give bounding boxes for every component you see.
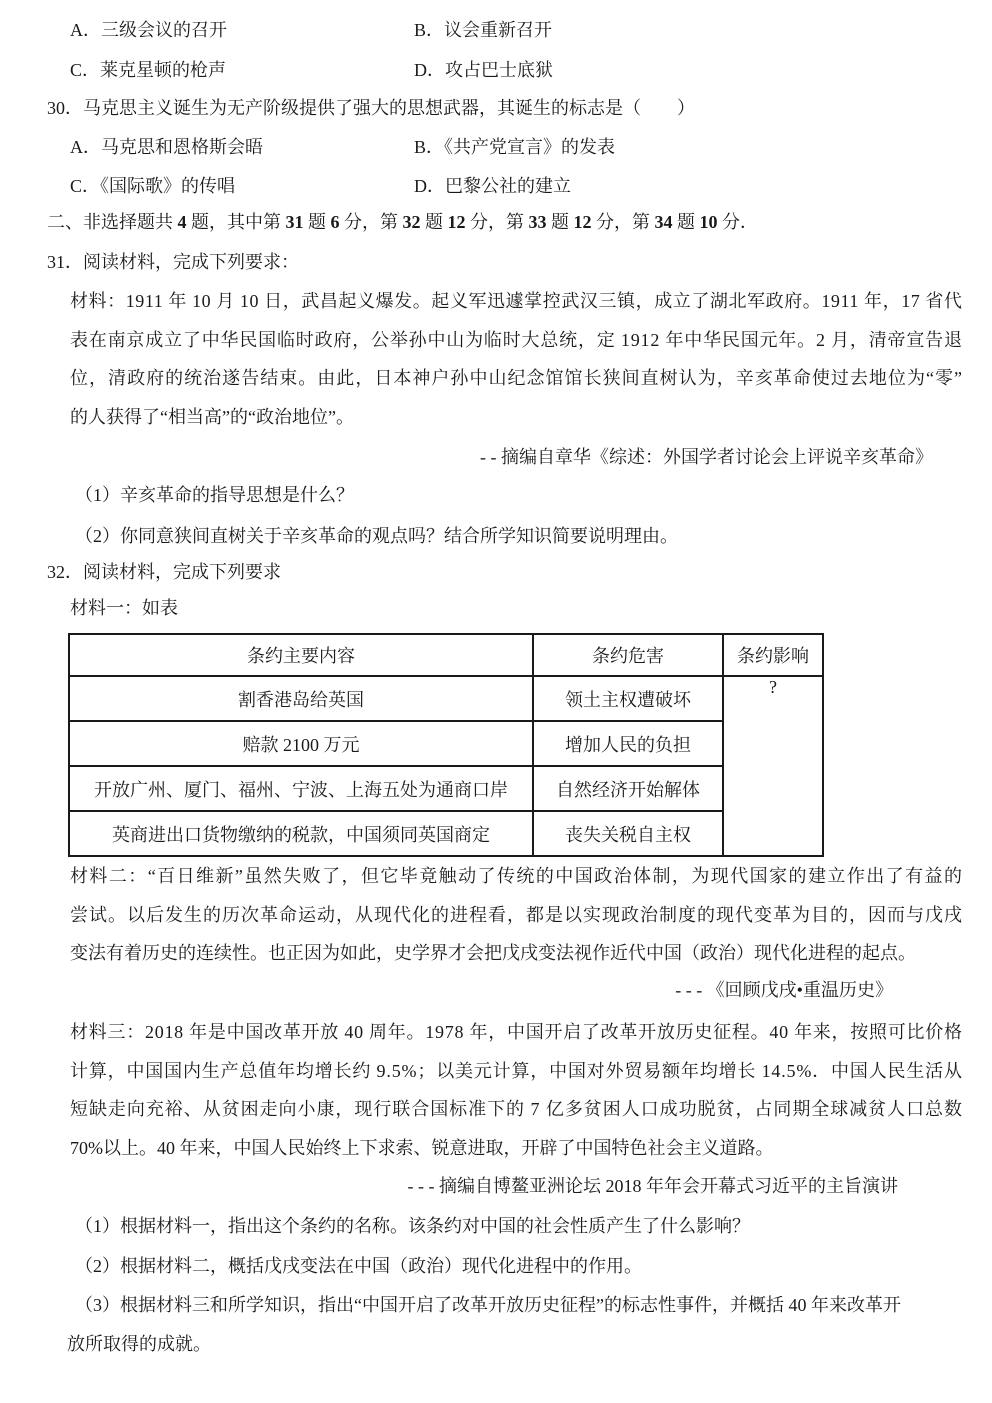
cell-harm: 自然经济开始解体 [533,766,723,811]
question-30-stem: 30．马克思主义诞生为无产阶级提供了强大的思想武器，其诞生的标志是（ ） [47,95,695,121]
header-segment: 题，其中第 [187,212,286,232]
header-segment: 12 [574,212,592,232]
option-d: D．巴黎公社的建立 [414,173,571,199]
header-segment: 33 [529,212,547,232]
table-row: 英商进出口货物缴纳的税款，中国须同英国商定 丧失关税自主权 [69,811,823,856]
header-segment: 6 [331,212,340,232]
header-segment: 分，第 [340,212,403,232]
cell-harm: 增加人民的负担 [533,721,723,766]
header-segment: 题 [304,212,331,232]
option-c: C．莱克星顿的枪声 [70,57,226,83]
cell-harm: 领土主权遭破坏 [533,676,723,721]
option-b: B．《共产党宣言》的发表 [414,134,615,160]
cell-influence-question-mark: ? [723,676,823,856]
table-row: 割香港岛给英国 领土主权遭破坏 ? [69,676,823,721]
material-text-line: 材料：1911 年 10 月 10 日，武昌起义爆发。起义军迅遽掌控武汉三镇，成… [70,282,962,321]
option-c: C．《国际歌》的传唱 [70,173,235,199]
header-segment: 4 [178,212,187,232]
material-text-line: 材料三：2018 年是中国改革开放 40 周年。1978 年，中国开启了改革开放… [70,1013,962,1052]
col-header-treaty-influence: 条约影响 [723,634,823,676]
col-header-treaty-harm: 条约危害 [533,634,723,676]
option-d: D．攻占巴士底狱 [414,57,553,83]
q31-material-paragraph: 材料：1911 年 10 月 10 日，武昌起义爆发。起义军迅遽掌控武汉三镇，成… [70,282,962,436]
q31-sub-question-1: （1）辛亥革命的指导思想是什么？ [75,482,354,508]
q30-options-row-2: C．《国际歌》的传唱 D．巴黎公社的建立 [0,173,992,199]
table-row: 开放广州、厦门、福州、宁波、上海五处为通商口岸 自然经济开始解体 [69,766,823,811]
material-text-line: 70%以上。40 年来，中国人民始终上下求索、锐意进取，开辟了中国特色社会主义道… [70,1129,962,1168]
col-header-treaty-content: 条约主要内容 [69,634,533,676]
q30-options-row-1: A．马克思和恩格斯会晤 B．《共产党宣言》的发表 [0,134,992,160]
header-segment: 10 [700,212,718,232]
treaty-table: 条约主要内容 条约危害 条约影响 割香港岛给英国 领土主权遭破坏 ? 赔款 21… [68,633,824,857]
option-b: B．议会重新召开 [414,17,552,43]
question-32-heading: 32．阅读材料，完成下列要求 [47,559,281,585]
exam-paper-page: A．三级会议的召开 B．议会重新召开 C．莱克星顿的枪声 D．攻占巴士底狱 30… [0,0,992,1403]
cell-harm: 丧失关税自主权 [533,811,723,856]
material-text-line: 表在南京成立了中华民国临时政府，公举孙中山为临时大总统，定 1912 年中华民国… [70,321,962,360]
question-31-heading: 31．阅读材料，完成下列要求： [47,249,299,275]
option-a: A．马克思和恩格斯会晤 [70,134,263,160]
header-segment: 题 [421,212,448,232]
q32-sub-question-3-line2: 放所取得的成就。 [67,1331,211,1357]
cell-content: 开放广州、厦门、福州、宁波、上海五处为通商口岸 [69,766,533,811]
cell-content: 割香港岛给英国 [69,676,533,721]
table-header-row: 条约主要内容 条约危害 条约影响 [69,634,823,676]
material-text-line: 位，清政府的统治遂告结束。由此，日本神户孙中山纪念馆馆长狭间直树认为，辛亥革命使… [70,359,962,398]
header-segment: 分，第 [592,212,655,232]
prev-options-row-2: C．莱克星顿的枪声 D．攻占巴士底狱 [0,57,992,83]
header-segment: 32 [403,212,421,232]
q32-material2-paragraph: 材料二：“百日维新”虽然失败了，但它毕竟触动了传统的中国政治体制，为现代国家的建… [70,857,962,973]
header-segment: 二、非选择题共 [47,212,178,232]
material-text-line: 尝试。以后发生的历次革命运动，从现代化的进程看，都是以实现政治制度的现代变革为目… [70,896,962,935]
q32-sub-question-1: （1）根据材料一，指出这个条约的名称。该条约对中国的社会性质产生了什么影响？ [75,1213,750,1239]
material-text-line: 计算，中国国内生产总值年均增长约 9.5%；以美元计算，中国对外贸易额年均增长 … [70,1052,962,1091]
cell-content: 赔款 2100 万元 [69,721,533,766]
table-row: 赔款 2100 万元 增加人民的负担 [69,721,823,766]
header-segment: 题 [673,212,700,232]
q32-material3-source: - - - 摘编自博鳌亚洲论坛 2018 年年会开幕式习近平的主旨演讲 [408,1173,898,1199]
header-segment: 34 [655,212,673,232]
option-a: A．三级会议的召开 [70,17,227,43]
q32-material1-label: 材料一：如表 [70,595,178,621]
material-text-line: 材料二：“百日维新”虽然失败了，但它毕竟触动了传统的中国政治体制，为现代国家的建… [70,857,962,896]
q31-source-citation: - - 摘编自章华《综述：外国学者讨论会上评说辛亥革命》 [480,444,933,470]
section-two-header: 二、非选择题共 4 题，其中第 31 题 6 分，第 32 题 12 分，第 3… [47,209,758,235]
header-segment: 分． [718,212,759,232]
header-segment: 分，第 [466,212,529,232]
header-segment: 12 [448,212,466,232]
q31-sub-question-2: （2）你同意狭间直树关于辛亥革命的观点吗？结合所学知识简要说明理由。 [75,523,678,549]
material-text-line: 短缺走向充裕、从贫困走向小康，现行联合国标准下的 7 亿多贫困人口成功脱贫，占同… [70,1090,962,1129]
q32-sub-question-3-line1: （3）根据材料三和所学知识，指出“中国开启了改革开放历史征程”的标志性事件，并概… [75,1292,901,1318]
q32-material2-source: - - - 《回顾戊戌•重温历史》 [675,977,893,1003]
header-segment: 31 [286,212,304,232]
material-text-line: 变法有着历史的连续性。也正因为如此，史学界才会把戊戌变法视作近代中国（政治）现代… [70,934,962,973]
q32-sub-question-2: （2）根据材料二，概括戊戌变法在中国（政治）现代化进程中的作用。 [75,1253,642,1279]
material-text-line: 的人获得了“相当高”的“政治地位”。 [70,398,962,437]
header-segment: 题 [547,212,574,232]
q32-material3-paragraph: 材料三：2018 年是中国改革开放 40 周年。1978 年，中国开启了改革开放… [70,1013,962,1167]
prev-options-row-1: A．三级会议的召开 B．议会重新召开 [0,17,992,43]
cell-content: 英商进出口货物缴纳的税款，中国须同英国商定 [69,811,533,856]
